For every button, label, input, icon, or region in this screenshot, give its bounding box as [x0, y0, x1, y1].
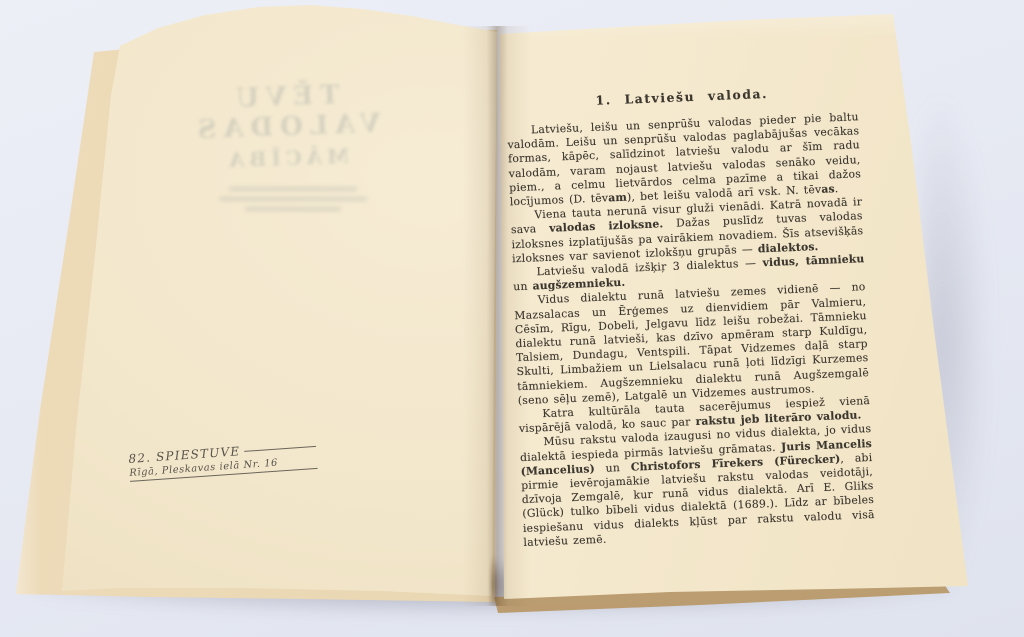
spine-crease — [489, 555, 498, 603]
body-paragraph: Mūsu rakstu valoda izaugusi no vidus dia… — [519, 422, 875, 550]
body-text: Latviešu, leišu un senprūšu valodas pied… — [507, 110, 876, 550]
page-text-column: 1. Latviešu valoda. Latviešu, leišu un s… — [506, 82, 876, 550]
stamp-rule — [244, 446, 316, 452]
body-paragraph: Latviešu, leišu un senprūšu valodas pied… — [507, 110, 862, 209]
book-photo: TĒVU VALODAS MĀCĪBA 82. SPIESTUVE Rīgā, … — [0, 0, 1024, 637]
body-paragraph: Vidus dialektu runā latviešu zemes vidie… — [514, 281, 870, 409]
